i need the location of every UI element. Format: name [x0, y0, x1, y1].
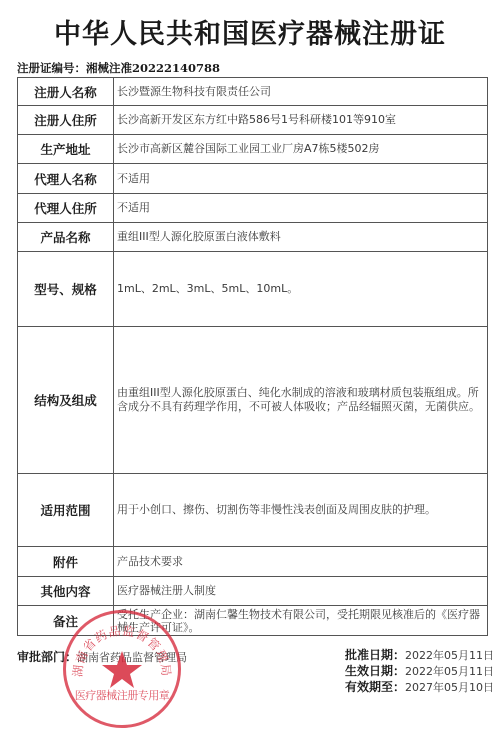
- field-value: 长沙高新开发区东方红中路586号1号科研楼101等910室: [114, 106, 488, 135]
- effective-date: 生效日期：2022年05月11日: [345, 662, 495, 678]
- table-row-product-name: 产品名称 重组III型人源化胶原蛋白液体敷料: [18, 223, 488, 252]
- table-row-attachment: 附件 产品技术要求: [18, 547, 488, 577]
- date-label: 批准日期：: [345, 648, 405, 662]
- field-label: 型号、规格: [18, 252, 114, 327]
- field-label: 注册人住所: [18, 106, 114, 135]
- field-value: 产品技术要求: [114, 547, 488, 577]
- approval-department-value: 湖南省药品监督管理局: [77, 651, 187, 664]
- date-value: 2027年05月10日: [405, 681, 494, 694]
- field-label: 产品名称: [18, 223, 114, 252]
- table-row-registrant-name: 注册人名称 长沙暨源生物科技有限责任公司: [18, 78, 488, 106]
- field-value: 用于小创口、擦伤、切割伤等非慢性浅表创面及周围皮肤的护理。: [114, 474, 488, 547]
- table-row-structure-composition: 结构及组成 由重组III型人源化胶原蛋白、纯化水制成的溶液和玻璃材质包装瓶组成。…: [18, 327, 488, 474]
- date-value: 2022年05月11日: [405, 649, 494, 662]
- table-row-production-address: 生产地址 长沙市高新区麓谷国际工业园工业厂房A7栋5楼502房: [18, 135, 488, 164]
- table-row-agent-name: 代理人名称 不适用: [18, 164, 488, 194]
- registration-number-value: 湘械注准20222140788: [86, 61, 220, 75]
- table-row-agent-address: 代理人住所 不适用: [18, 194, 488, 223]
- registration-number-label: 注册证编号：: [17, 61, 86, 75]
- field-value: 长沙市高新区麓谷国际工业园工业厂房A7栋5楼502房: [114, 135, 488, 164]
- expiry-date: 有效期至：2027年05月10日: [345, 678, 495, 694]
- field-value: 由重组III型人源化胶原蛋白、纯化水制成的溶液和玻璃材质包装瓶组成。所含成分不具…: [114, 327, 488, 474]
- date-block: 批准日期：2022年05月11日 生效日期：2022年05月11日 有效期至：2…: [345, 646, 495, 694]
- field-label: 结构及组成: [18, 327, 114, 474]
- certificate-title: 中华人民共和国医疗器械注册证: [0, 12, 500, 51]
- approval-department: 审批部门：湖南省药品监督管理局: [17, 648, 187, 665]
- certificate-table: 注册人名称 长沙暨源生物科技有限责任公司 注册人住所 长沙高新开发区东方红中路5…: [17, 77, 488, 636]
- field-label: 代理人名称: [18, 164, 114, 194]
- field-value: 不适用: [114, 164, 488, 194]
- field-label: 备注: [18, 606, 114, 636]
- field-value: 1mL、2mL、3mL、5mL、10mL。: [114, 252, 488, 327]
- field-value: 长沙暨源生物科技有限责任公司: [114, 78, 488, 106]
- table-row-remarks: 备注 受托生产企业：湖南仁馨生物技术有限公司，受托期限见核准后的《医疗器械生产许…: [18, 606, 488, 636]
- field-label: 代理人住所: [18, 194, 114, 223]
- approval-date: 批准日期：2022年05月11日: [345, 646, 495, 662]
- seal-bottom-text: 医疗器械注册专用章: [66, 687, 178, 703]
- date-label: 有效期至：: [345, 680, 405, 694]
- field-value: 重组III型人源化胶原蛋白液体敷料: [114, 223, 488, 252]
- field-value: 不适用: [114, 194, 488, 223]
- date-label: 生效日期：: [345, 664, 405, 678]
- registration-number: 注册证编号：湘械注准20222140788: [17, 60, 220, 76]
- table-row-model-spec: 型号、规格 1mL、2mL、3mL、5mL、10mL。: [18, 252, 488, 327]
- field-label: 附件: [18, 547, 114, 577]
- field-value: 受托生产企业：湖南仁馨生物技术有限公司，受托期限见核准后的《医疗器械生产许可证》…: [114, 606, 488, 636]
- date-value: 2022年05月11日: [405, 665, 494, 678]
- table-row-registrant-address: 注册人住所 长沙高新开发区东方红中路586号1号科研楼101等910室: [18, 106, 488, 135]
- field-label: 注册人名称: [18, 78, 114, 106]
- field-label: 其他内容: [18, 577, 114, 606]
- field-label: 生产地址: [18, 135, 114, 164]
- table-row-other-content: 其他内容 医疗器械注册人制度: [18, 577, 488, 606]
- field-value: 医疗器械注册人制度: [114, 577, 488, 606]
- field-label: 适用范围: [18, 474, 114, 547]
- table-row-scope-of-application: 适用范围 用于小创口、擦伤、切割伤等非慢性浅表创面及周围皮肤的护理。: [18, 474, 488, 547]
- approval-department-label: 审批部门：: [17, 650, 77, 664]
